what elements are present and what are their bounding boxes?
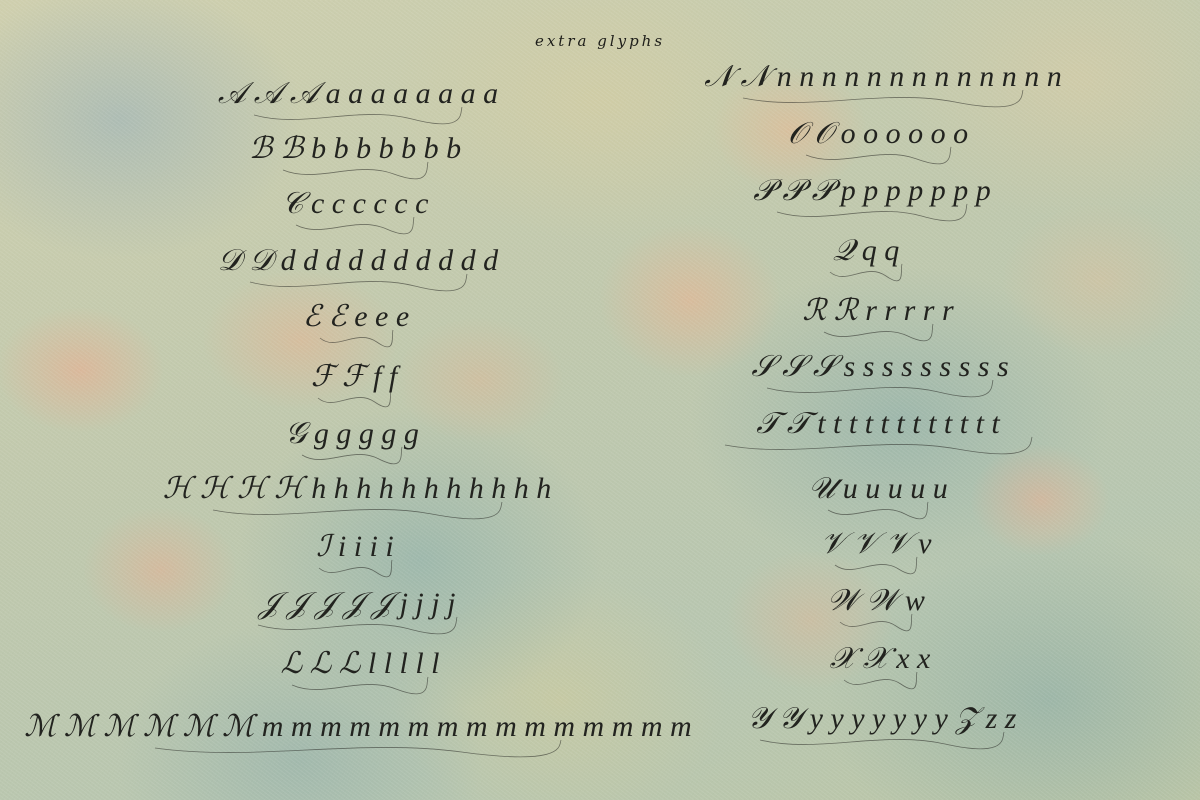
glyph-row-h: ℋ ℋ ℋ ℋ h h h h h h h h h h h xyxy=(163,474,552,504)
glyph-row-f: ℱ ℱ f f xyxy=(311,362,397,392)
page-title: extra glyphs xyxy=(0,32,1200,50)
glyph-row-y-z: 𝒴 𝒴 y y y y y y y 𝒵 z z xyxy=(748,704,1017,734)
glyph-row-w: 𝒲 𝒲 w xyxy=(827,586,925,616)
glyph-row-o: 𝒪 𝒪 o o o o o o xyxy=(788,119,968,149)
glyph-row-t: 𝒯 𝒯 t t t t t t t t t t t t xyxy=(756,409,999,439)
glyph-row-d: 𝒟 𝒟 d d d d d d d d d d xyxy=(218,246,498,276)
glyph-row-e: ℰ ℰ e e e xyxy=(303,302,409,332)
glyph-row-m: ℳ ℳ ℳ ℳ ℳ ℳ m m m m m m m m m m m m m m … xyxy=(24,712,691,742)
glyph-row-x: 𝒳 𝒳 x x xyxy=(830,644,931,674)
glyph-row-u: 𝒰 u u u u u xyxy=(808,474,948,504)
glyph-row-p: 𝒫 𝒫 𝒫 p p p p p p p xyxy=(753,176,990,206)
paper-texture xyxy=(0,0,1200,800)
glyph-row-i: ℐ i i i i xyxy=(316,532,393,562)
glyph-row-j: 𝒥 𝒥 𝒥 𝒥 𝒥 j j j j xyxy=(259,589,456,619)
glyph-row-q: 𝒬 q q xyxy=(833,236,900,266)
glyph-row-g: 𝒢 g g g g g xyxy=(285,419,419,449)
glyph-row-s: 𝒮 𝒮 𝒮 s s s s s s s s s xyxy=(751,352,1008,382)
glyph-row-b: ℬ ℬ b b b b b b b xyxy=(249,134,461,164)
glyph-row-a: 𝒜 𝒜 𝒜 a a a a a a a a xyxy=(218,79,498,109)
glyph-row-n: 𝒩 𝒩 n n n n n n n n n n n n n xyxy=(704,62,1061,92)
glyph-row-r: ℛ ℛ r r r r r xyxy=(802,296,953,326)
glyph-row-l: ℒ ℒ ℒ l l l l l xyxy=(281,649,440,679)
glyph-row-v: 𝒱 𝒱 𝒱 v xyxy=(821,529,932,559)
glyph-row-c: 𝒞 c c c c c c xyxy=(282,189,429,219)
